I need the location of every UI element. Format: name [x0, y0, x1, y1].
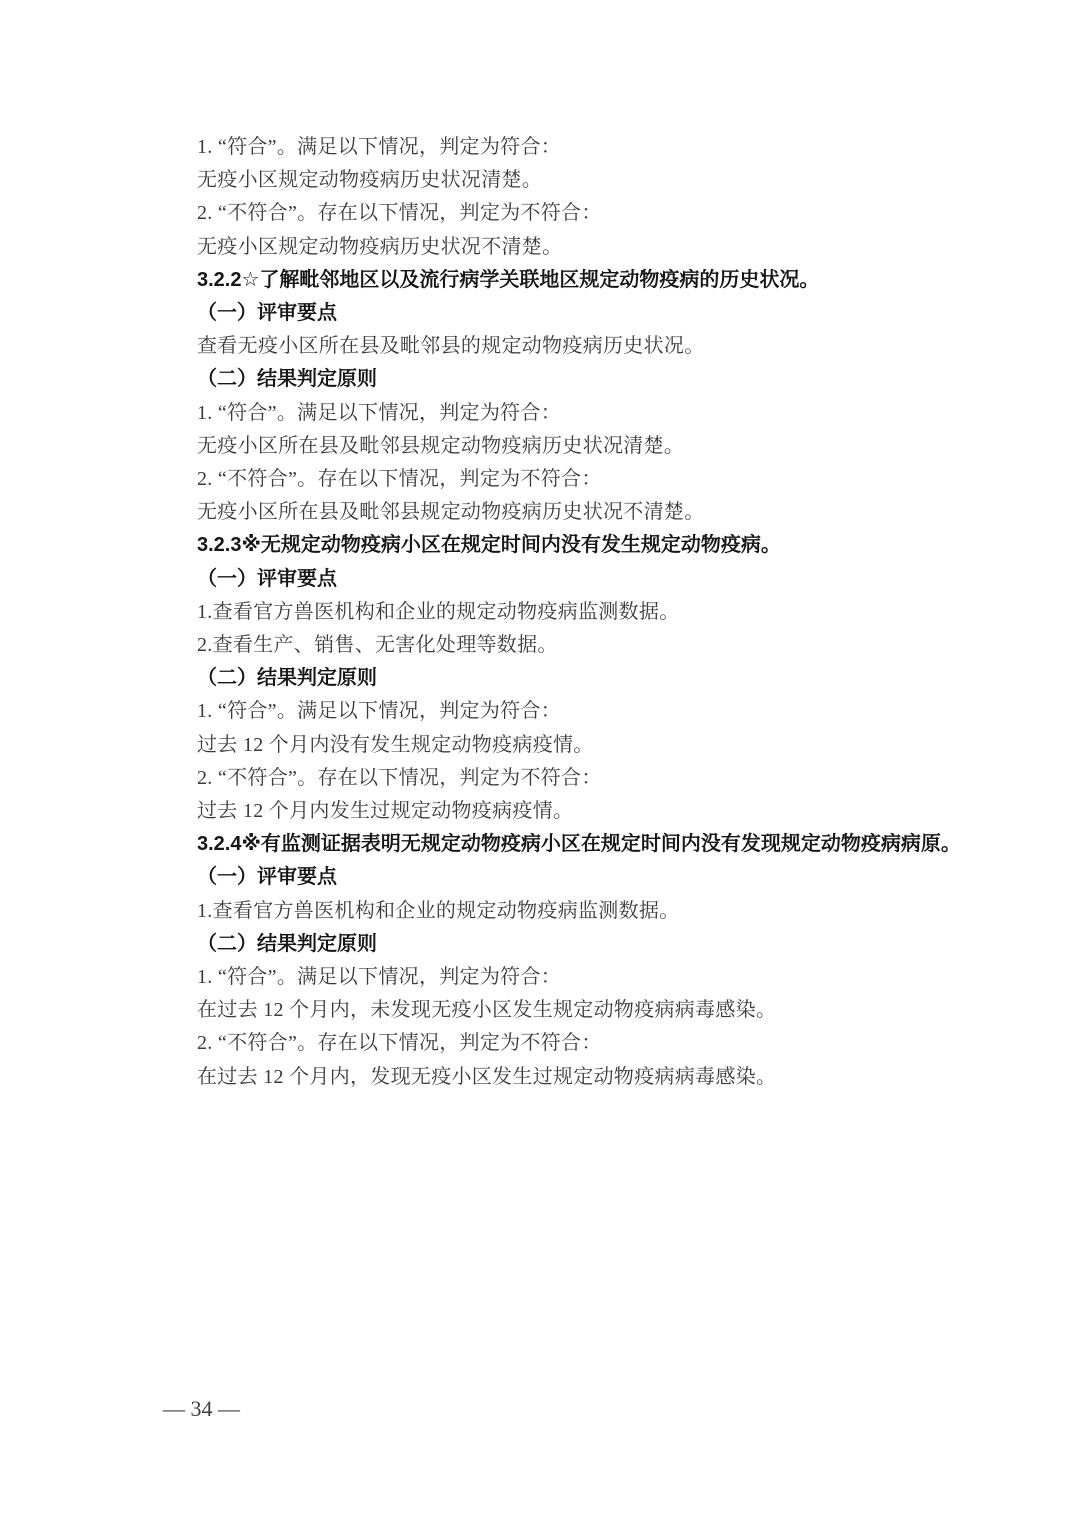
criteria-noncompliant-detail: 过去 12 个月内发生过规定动物疫病疫情。	[197, 795, 977, 828]
criteria-compliant-detail: 在过去 12 个月内，未发现无疫小区发生规定动物疫病病毒感染。	[197, 994, 977, 1027]
criteria-compliant-detail: 过去 12 个月内没有发生规定动物疫病疫情。	[197, 729, 977, 762]
review-point-item: 1.查看官方兽医机构和企业的规定动物疫病监测数据。	[197, 596, 977, 629]
criteria-compliant-line: 1. “符合”。满足以下情况，判定为符合：	[197, 961, 977, 994]
criteria-compliant-detail: 无疫小区所在县及毗邻县规定动物疫病历史状况清楚。	[197, 430, 977, 463]
criteria-noncompliant-detail: 无疫小区规定动物疫病历史状况不清楚。	[197, 231, 977, 264]
document-body: 1. “符合”。满足以下情况，判定为符合： 无疫小区规定动物疫病历史状况清楚。 …	[197, 131, 977, 1094]
review-points-heading: （一）评审要点	[197, 563, 977, 596]
review-point-item: 查看无疫小区所在县及毗邻县的规定动物疫病历史状况。	[197, 330, 977, 363]
page-number: — 34 —	[163, 1396, 240, 1422]
criteria-noncompliant-detail: 无疫小区所在县及毗邻县规定动物疫病历史状况不清楚。	[197, 496, 977, 529]
judgment-principles-heading: （二）结果判定原则	[197, 662, 977, 695]
review-points-heading: （一）评审要点	[197, 297, 977, 330]
criteria-compliant-line: 1. “符合”。满足以下情况，判定为符合：	[197, 695, 977, 728]
review-point-item: 2.查看生产、销售、无害化处理等数据。	[197, 629, 977, 662]
judgment-principles-heading: （二）结果判定原则	[197, 363, 977, 396]
document-page: 1. “符合”。满足以下情况，判定为符合： 无疫小区规定动物疫病历史状况清楚。 …	[0, 0, 1080, 1527]
criteria-compliant-detail: 无疫小区规定动物疫病历史状况清楚。	[197, 164, 977, 197]
criteria-noncompliant-line: 2. “不符合”。存在以下情况，判定为不符合：	[197, 762, 977, 795]
criteria-compliant-line: 1. “符合”。满足以下情况，判定为符合：	[197, 131, 977, 164]
judgment-principles-heading: （二）结果判定原则	[197, 928, 977, 961]
section-heading-3-2-3: 3.2.3※无规定动物疫病小区在规定时间内没有发生规定动物疫病。	[197, 529, 977, 562]
review-points-heading: （一）评审要点	[197, 861, 977, 894]
section-heading-3-2-4: 3.2.4※有监测证据表明无规定动物疫病小区在规定时间内没有发现规定动物疫病病原…	[197, 828, 977, 861]
criteria-noncompliant-detail: 在过去 12 个月内，发现无疫小区发生过规定动物疫病病毒感染。	[197, 1061, 977, 1094]
criteria-noncompliant-line: 2. “不符合”。存在以下情况，判定为不符合：	[197, 463, 977, 496]
section-heading-3-2-2: 3.2.2☆了解毗邻地区以及流行病学关联地区规定动物疫病的历史状况。	[197, 264, 977, 297]
criteria-noncompliant-line: 2. “不符合”。存在以下情况，判定为不符合：	[197, 197, 977, 230]
criteria-noncompliant-line: 2. “不符合”。存在以下情况，判定为不符合：	[197, 1027, 977, 1060]
review-point-item: 1.查看官方兽医机构和企业的规定动物疫病监测数据。	[197, 895, 977, 928]
criteria-compliant-line: 1. “符合”。满足以下情况，判定为符合：	[197, 397, 977, 430]
